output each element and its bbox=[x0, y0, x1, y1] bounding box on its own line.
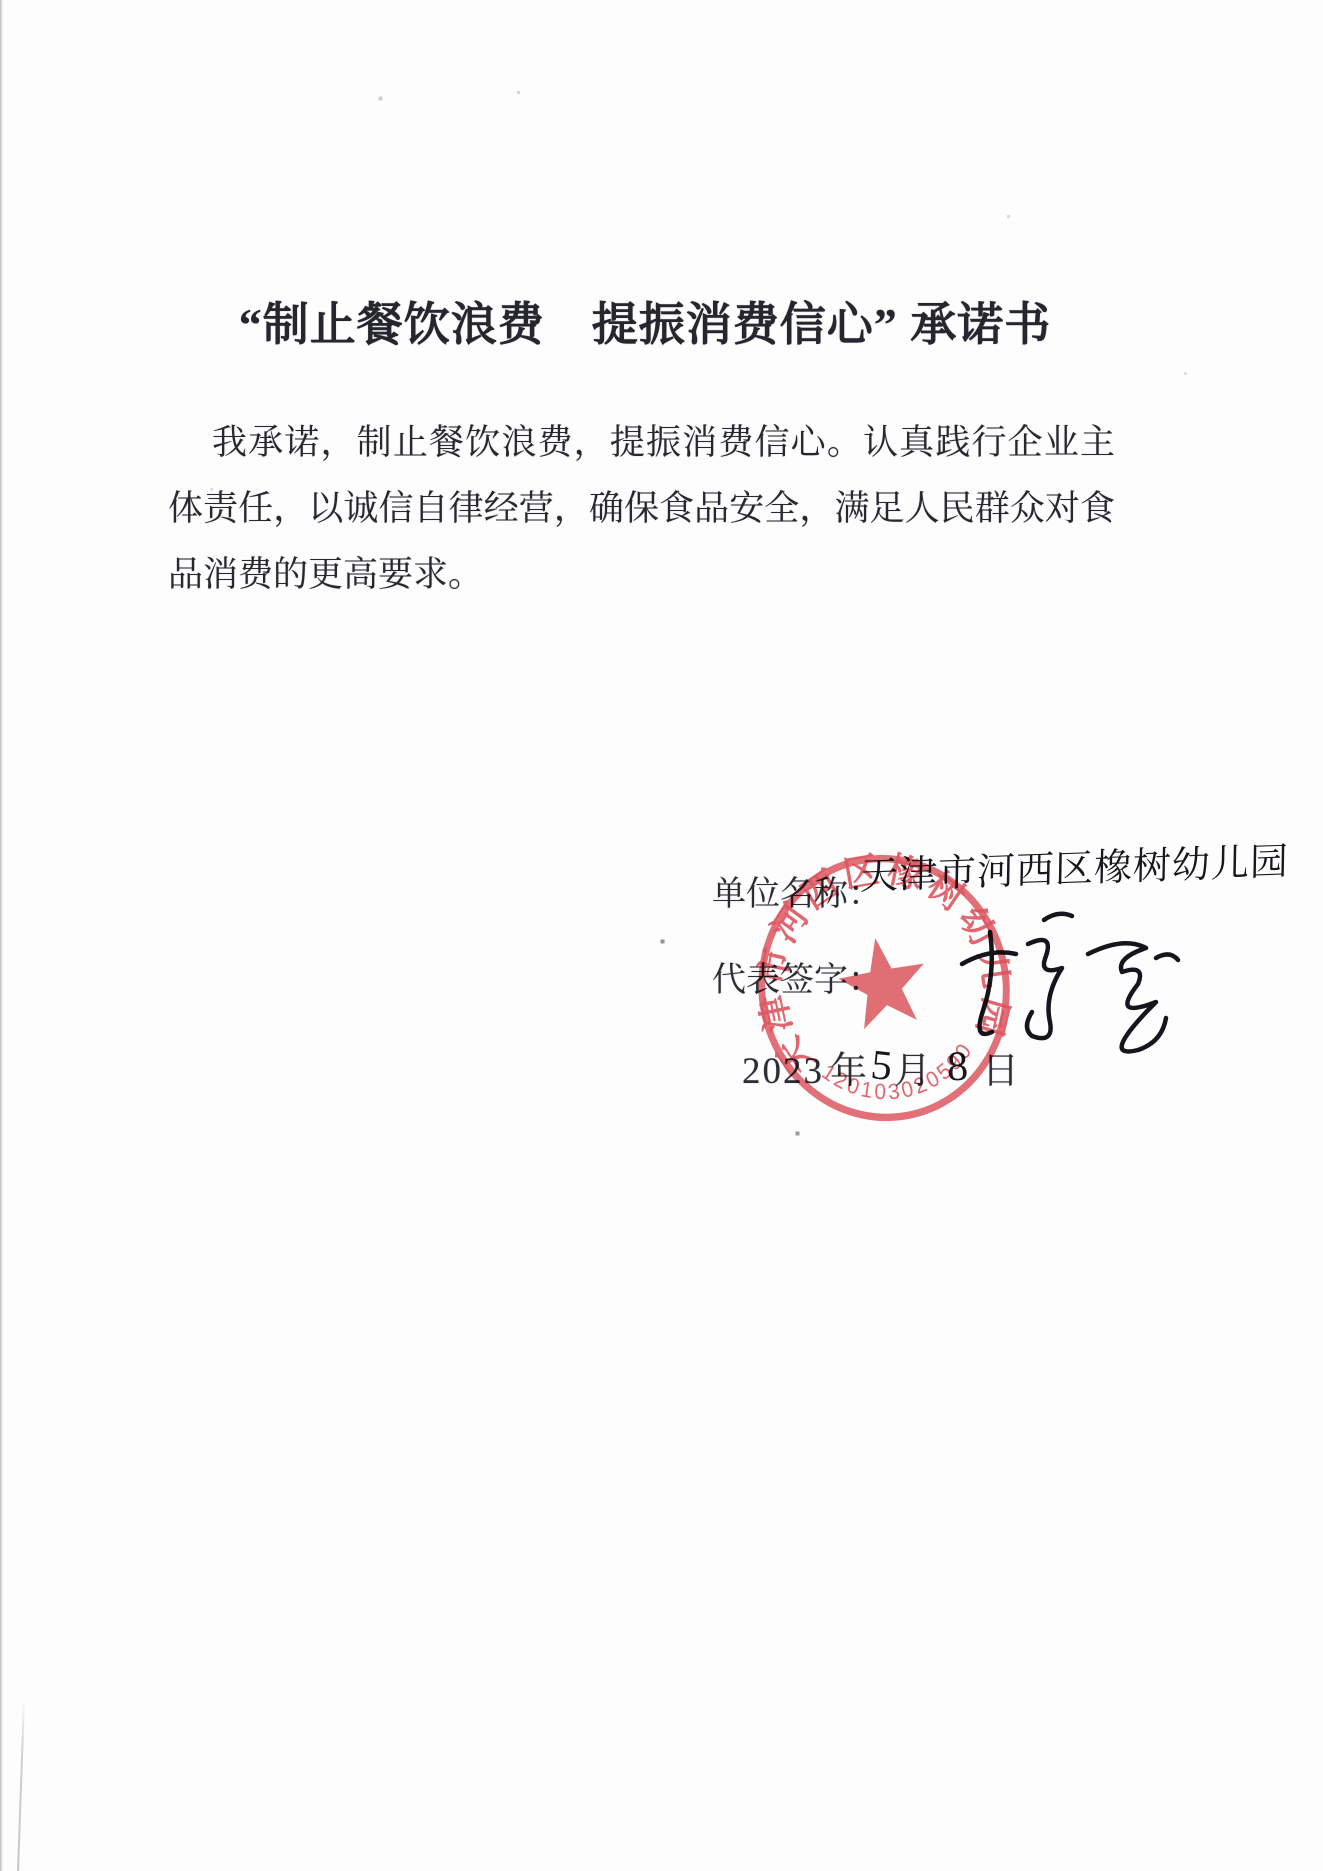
scan-speck-artifacts bbox=[0, 0, 1, 1]
official-seal-stamp: 天津市河西区橡树幼儿园 120103020590 bbox=[733, 831, 1035, 1146]
paragraph-line: 体责任，以诚信自律经营，确保食品安全，满足人民群众对食 bbox=[168, 476, 1115, 542]
signature-stroke bbox=[1156, 954, 1178, 960]
document-title: “制止餐饮浪费 提振消费信心” 承诺书 bbox=[0, 288, 1290, 354]
commitment-paragraph: 我承诺，制止餐饮浪费，提振消费信心。认真践行企业主 体责任，以诚信自律经营，确保… bbox=[168, 410, 1115, 608]
scan-crease-artifact bbox=[17, 1698, 25, 1871]
paragraph-line: 品消费的更高要求。 bbox=[168, 542, 1115, 608]
signature-stroke bbox=[1044, 914, 1072, 920]
star-icon bbox=[833, 931, 934, 1032]
paragraph-line: 我承诺，制止餐饮浪费，提振消费信心。认真践行企业主 bbox=[168, 410, 1115, 476]
scan-edge-artifact bbox=[0, 0, 3, 1871]
signature-stroke bbox=[1027, 940, 1062, 1038]
